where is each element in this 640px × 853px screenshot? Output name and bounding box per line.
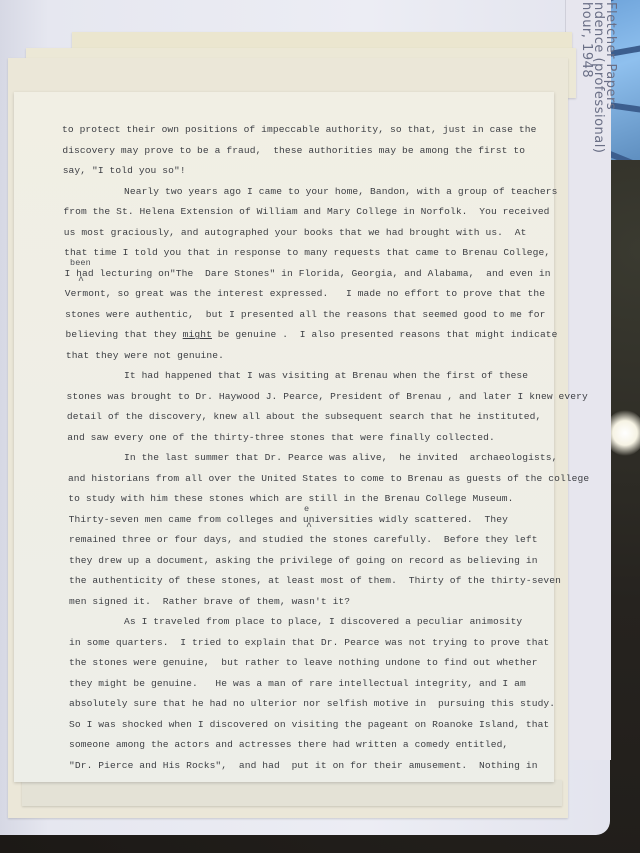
text-line: detail of the discovery, knew all about … bbox=[67, 411, 541, 423]
document-body: to protect their own positions of impecc… bbox=[14, 92, 554, 782]
text-line: and historians from all over the United … bbox=[68, 473, 589, 485]
text-line: Nearly two years ago I came to your home… bbox=[124, 186, 557, 198]
text-line: to study with him these stones which are… bbox=[68, 493, 513, 505]
text-line: that they were not genuine. bbox=[66, 350, 224, 362]
text-line: the authenticity of these stones, at lea… bbox=[69, 575, 561, 587]
text-line: men signed it. Rather brave of them, was… bbox=[69, 596, 350, 608]
caret-mark-icon: ^ bbox=[306, 522, 312, 533]
text-line: absolutely sure that he had no ulterior … bbox=[69, 698, 555, 710]
text-line: So I was shocked when I discovered on vi… bbox=[69, 719, 549, 731]
text-line: us most graciously, and autographed your… bbox=[64, 227, 527, 239]
text-line: discovery may prove to be a fraud, these… bbox=[62, 145, 525, 157]
typewritten-page: to protect their own positions of impecc… bbox=[14, 92, 554, 782]
text-line: that time I told you that in response to… bbox=[64, 247, 550, 259]
caret-mark-icon: ^ bbox=[78, 276, 84, 287]
text-line: someone among the actors and actresses t… bbox=[69, 739, 508, 751]
underlined-word: might bbox=[183, 329, 212, 340]
text-line: the stones were genuine, but rather to l… bbox=[69, 657, 538, 669]
text-line: to protect their own positions of impecc… bbox=[62, 124, 536, 136]
text-line: and saw every one of the thirty-three st… bbox=[67, 432, 495, 444]
text-line: remained three or four days, and studied… bbox=[69, 534, 538, 546]
text-line: Thirty-seven men came from colleges and … bbox=[69, 514, 508, 526]
insertion-mark: been bbox=[70, 258, 91, 268]
text-line: believing that they might be genuine . I… bbox=[66, 329, 558, 341]
text-line: Vermont, so great was the interest expre… bbox=[65, 288, 545, 300]
text-line: stones was brought to Dr. Haywood J. Pea… bbox=[67, 391, 588, 403]
paper-stack-sheet bbox=[22, 780, 562, 806]
text-line: It had happened that I was visiting at B… bbox=[124, 370, 528, 382]
text-line: say, "I told you so"! bbox=[63, 165, 186, 177]
text-line: they drew up a document, asking the priv… bbox=[69, 555, 538, 567]
text-line: In the last summer that Dr. Pearce was a… bbox=[124, 452, 557, 464]
text-line: "Dr. Pierce and His Rocks", and had put … bbox=[69, 760, 538, 772]
text-line: As I traveled from place to place, I dis… bbox=[124, 616, 522, 628]
text-line: in some quarters. I tried to explain tha… bbox=[69, 637, 549, 649]
text-line: I had lecturing on"The Dare Stones" in F… bbox=[64, 268, 550, 280]
folder-handwritten-label: Fletcher Papersndence (professional)hour… bbox=[580, 2, 616, 153]
text-line: stones were authentic, but I presented a… bbox=[65, 309, 545, 321]
insertion-mark: e bbox=[304, 504, 309, 514]
text-line: from the St. Helena Extension of William… bbox=[63, 206, 549, 218]
text-line: they might be genuine. He was a man of r… bbox=[69, 678, 526, 690]
